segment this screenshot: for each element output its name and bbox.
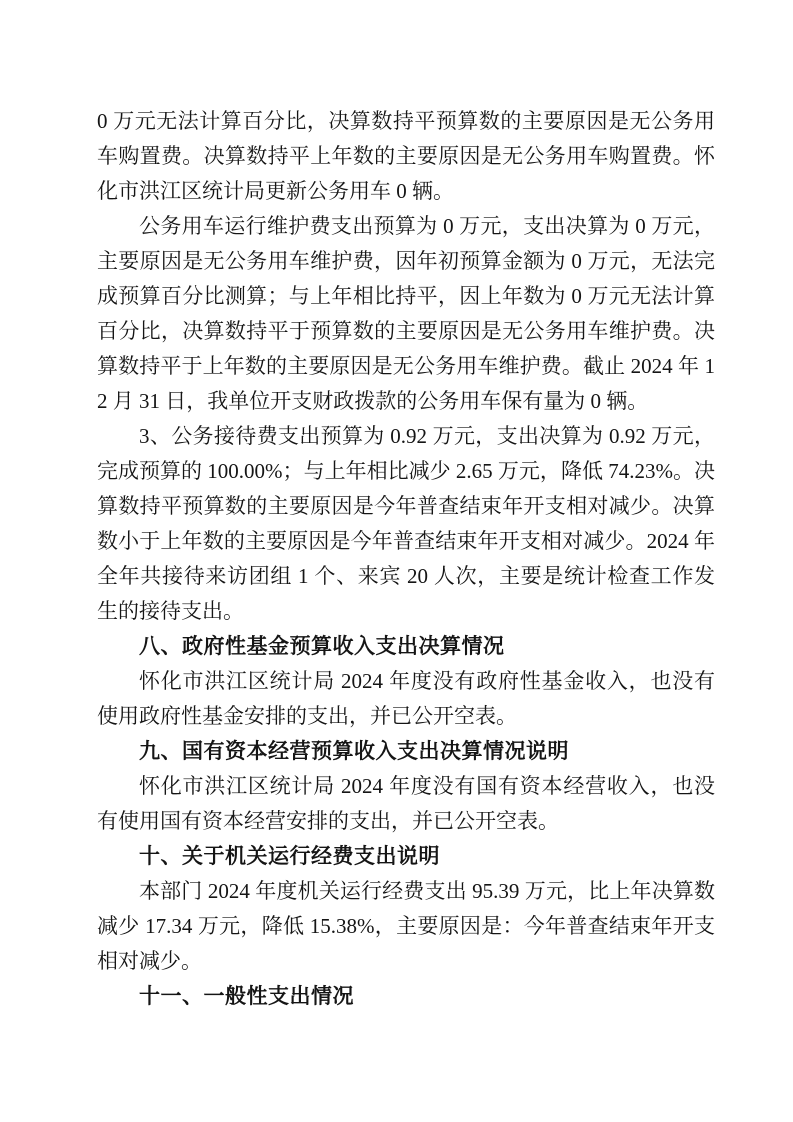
section-heading-8-government-funds: 八、政府性基金预算收入支出决算情况: [97, 629, 715, 664]
document-body: 0 万元无法计算百分比，决算数持平预算数的主要原因是无公务用车购置费。决算数持平…: [97, 104, 715, 1014]
paragraph-state-capital: 怀化市洪江区统计局 2024 年度没有国有资本经营收入，也没有使用国有资本经营安…: [97, 769, 715, 839]
paragraph-official-reception: 3、公务接待费支出预算为 0.92 万元，支出决算为 0.92 万元，完成预算的…: [97, 419, 715, 629]
paragraph-vehicle-purchase-continuation: 0 万元无法计算百分比，决算数持平预算数的主要原因是无公务用车购置费。决算数持平…: [97, 104, 715, 209]
document-page: 0 万元无法计算百分比，决算数持平预算数的主要原因是无公务用车购置费。决算数持平…: [0, 0, 793, 1122]
paragraph-operating-expenses: 本部门 2024 年度机关运行经费支出 95.39 万元，比上年决算数减少 17…: [97, 874, 715, 979]
paragraph-government-funds: 怀化市洪江区统计局 2024 年度没有政府性基金收入，也没有使用政府性基金安排的…: [97, 664, 715, 734]
section-heading-9-state-capital: 九、国有资本经营预算收入支出决算情况说明: [97, 734, 715, 769]
section-heading-11-general-expenditure: 十一、一般性支出情况: [97, 979, 715, 1014]
section-heading-10-operating-expenses: 十、关于机关运行经费支出说明: [97, 839, 715, 874]
paragraph-vehicle-maintenance: 公务用车运行维护费支出预算为 0 万元，支出决算为 0 万元，主要原因是无公务用…: [97, 209, 715, 419]
